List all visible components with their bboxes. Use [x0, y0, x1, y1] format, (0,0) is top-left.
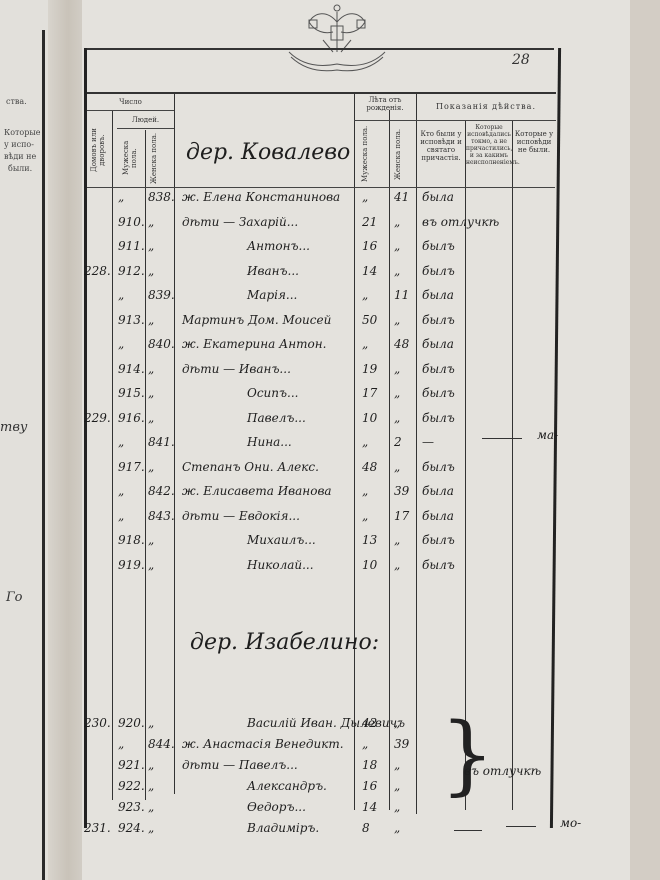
male-number: 910.: [118, 215, 145, 229]
header-col-ne-byli: Которые у исповѣди не были.: [514, 130, 554, 154]
male-number: 920.: [118, 716, 145, 730]
age-female: „: [394, 800, 400, 814]
male-number: 912.: [118, 264, 145, 278]
female-number: „: [148, 779, 154, 793]
frame-top-border: [84, 48, 554, 50]
male-number: 923.: [118, 800, 145, 814]
person-name: ж. Екатерина Антон.: [182, 337, 326, 351]
header-top-border: [84, 92, 556, 94]
frame-left-border: [84, 48, 87, 828]
female-number: 842.: [148, 484, 175, 498]
male-number: 917.: [118, 460, 145, 474]
age-male: 18: [362, 758, 377, 772]
left-column-line-4: были.: [8, 164, 32, 173]
female-number: „: [148, 362, 154, 376]
person-name: Степанъ Они. Алекс.: [182, 460, 319, 474]
female-number: „: [148, 313, 154, 327]
age-male: „: [362, 288, 368, 302]
age-female: „: [394, 821, 400, 835]
age-male: 10: [362, 558, 377, 572]
dvor-number: 229.: [84, 411, 111, 425]
person-name: ж. Анастасія Венедикт.: [182, 737, 344, 751]
age-female: „: [394, 239, 400, 253]
confession-status: былъ: [422, 558, 455, 572]
male-number: 919.: [118, 558, 145, 572]
age-female: „: [394, 460, 400, 474]
age-female: „: [394, 779, 400, 793]
female-number: 841.: [148, 435, 175, 449]
confession-status: была: [422, 337, 454, 351]
confession-status: была: [422, 190, 454, 204]
age-male: 14: [362, 264, 377, 278]
confession-status: былъ: [422, 239, 455, 253]
header-rule-leta: [354, 120, 416, 121]
age-male: „: [362, 484, 368, 498]
male-number: 922.: [118, 779, 145, 793]
age-female: „: [394, 264, 400, 278]
age-female: 48: [394, 337, 409, 351]
person-name: дѣти — Захарій...: [182, 215, 298, 229]
confession-status: —: [422, 435, 434, 449]
person-name: ж. Елена Констанинова: [182, 190, 340, 204]
confession-status: былъ: [422, 264, 455, 278]
left-header-fragment: ства.: [6, 97, 27, 106]
age-female: „: [394, 758, 400, 772]
age-female: „: [394, 313, 400, 327]
person-name: Владиміръ.: [247, 821, 319, 835]
left-column-line-2: у испо-: [4, 140, 34, 149]
person-name: Марія...: [247, 288, 297, 302]
header-lyudey: Людей.: [117, 116, 174, 124]
header-bottom-rule: [87, 187, 555, 188]
page-number: 28: [512, 52, 530, 68]
col-divider-muzh: [145, 130, 146, 800]
col-divider-pokaz: [416, 94, 417, 814]
header-lyudey-muzh: Мужеска пола.: [122, 132, 140, 184]
dash-mark: [454, 830, 482, 831]
female-number: 844.: [148, 737, 175, 751]
header-leta: Лѣта отъ рожденія.: [356, 96, 414, 112]
male-number: „: [118, 509, 124, 523]
age-female: „: [394, 558, 400, 572]
person-name: Иванъ...: [247, 264, 299, 278]
male-number: 911.: [118, 239, 145, 253]
age-female: 11: [394, 288, 409, 302]
header-col-byli: Кто были у исповѣди и святаго причастія.: [418, 130, 464, 162]
male-number: 921.: [118, 758, 145, 772]
dvor-number: 228.: [84, 264, 111, 278]
female-number: „: [148, 239, 154, 253]
age-male: „: [362, 509, 368, 523]
confession-status: была: [422, 509, 454, 523]
age-male: 17: [362, 386, 377, 400]
village-name-izabelino: дер. Изабелино:: [190, 630, 379, 655]
female-number: „: [148, 758, 154, 772]
dash-mark: [482, 438, 522, 439]
header-rule-pokaz: [416, 120, 556, 121]
confession-status: въ отлучкѣ: [422, 215, 499, 229]
double-headed-eagle-emblem-icon: [287, 2, 387, 74]
confession-status: былъ: [422, 533, 455, 547]
page-edge: [630, 0, 660, 880]
male-number: „: [118, 484, 124, 498]
col-divider-dvor: [112, 110, 113, 800]
age-female: 17: [394, 509, 409, 523]
left-margin-note-1: тву: [0, 420, 27, 435]
female-number: 838.: [148, 190, 175, 204]
header-col-tokmo: Которые исповѣдались токмо, а не причаст…: [466, 124, 512, 166]
male-number: 924.: [118, 821, 145, 835]
age-male: „: [362, 337, 368, 351]
margin-note-kovalevo: ма-: [537, 428, 558, 442]
confession-status: былъ: [422, 411, 455, 425]
header-lyudey-zhen: Женска пола.: [150, 132, 168, 184]
grouping-brace: }: [440, 712, 495, 798]
male-number: 916.: [118, 411, 145, 425]
female-number: „: [148, 264, 154, 278]
age-male: 19: [362, 362, 377, 376]
age-male: 13: [362, 533, 377, 547]
person-name: дѣти — Иванъ...: [182, 362, 291, 376]
age-male: 48: [362, 460, 377, 474]
confession-status: былъ: [422, 362, 455, 376]
age-female: 2: [394, 435, 402, 449]
age-male: 16: [362, 239, 377, 253]
age-male: 50: [362, 313, 377, 327]
male-number: 915.: [118, 386, 145, 400]
age-female: „: [394, 716, 400, 730]
person-name: Мартинъ Дом. Моисей: [182, 313, 331, 327]
person-name: Александръ.: [247, 779, 327, 793]
age-female: „: [394, 215, 400, 229]
group-status: въ отлучкѣ: [464, 764, 541, 778]
person-name: Осипъ...: [247, 386, 298, 400]
person-name: Николай...: [247, 558, 314, 572]
col-divider-ne-byli: [512, 120, 513, 810]
person-name: Нина...: [247, 435, 292, 449]
age-female: 41: [394, 190, 409, 204]
header-rule-lyudey: [117, 128, 174, 129]
person-name: Өедоръ...: [247, 800, 306, 814]
header-rule-chislo: [87, 110, 174, 111]
confession-status: былъ: [422, 460, 455, 474]
age-male: 16: [362, 779, 377, 793]
age-female: „: [394, 386, 400, 400]
female-number: „: [148, 533, 154, 547]
age-male: „: [362, 435, 368, 449]
age-female: 39: [394, 737, 409, 751]
female-number: „: [148, 215, 154, 229]
age-male: 8: [362, 821, 370, 835]
age-male: 10: [362, 411, 377, 425]
left-column-line-3: вѣди не: [4, 152, 36, 161]
female-number: „: [148, 821, 154, 835]
dash-mark: [506, 826, 536, 827]
female-number: „: [148, 800, 154, 814]
male-number: 918.: [118, 533, 145, 547]
female-number: „: [148, 386, 154, 400]
left-column-line-1: Которые: [4, 128, 40, 137]
header-leta-muzh: Мужеска пола.: [361, 124, 379, 184]
header-pokazaniya: Показанія дѣйства.: [418, 103, 554, 111]
age-female: „: [394, 411, 400, 425]
dvor-number: 230.: [84, 716, 111, 730]
male-number: 914.: [118, 362, 145, 376]
female-number: „: [148, 558, 154, 572]
male-number: 913.: [118, 313, 145, 327]
female-number: 840.: [148, 337, 175, 351]
male-number: „: [118, 737, 124, 751]
header-leta-zhen: Женска пола.: [394, 124, 412, 184]
age-female: „: [394, 533, 400, 547]
person-name: дѣти — Евдокія...: [182, 509, 300, 523]
confession-status: былъ: [422, 386, 455, 400]
left-margin-note-2: Го: [6, 590, 22, 605]
previous-page-fragment: ства. Которые у испо- вѣди не были. тву …: [0, 0, 48, 880]
female-number: „: [148, 411, 154, 425]
female-number: 843.: [148, 509, 175, 523]
confession-status: была: [422, 288, 454, 302]
male-number: „: [118, 337, 124, 351]
header-dvorov: Домовъ или дворовъ.: [90, 118, 110, 183]
male-number: „: [118, 288, 124, 302]
age-male: 14: [362, 800, 377, 814]
person-name: ж. Елисавета Иванова: [182, 484, 332, 498]
confession-status: была: [422, 484, 454, 498]
male-number: „: [118, 190, 124, 204]
village-name-kovalevo: дер. Ковалево: [186, 140, 350, 165]
age-male: 21: [362, 215, 377, 229]
register-page: 28 Число Домовъ или дворовъ. Людей. Муже…: [82, 0, 630, 880]
col-divider-leta: [354, 94, 355, 810]
female-number: 839.: [148, 288, 175, 302]
female-number: „: [148, 716, 154, 730]
person-name: Михаилъ...: [247, 533, 316, 547]
person-name: Павелъ...: [247, 411, 306, 425]
header-chislo: Число: [87, 98, 174, 106]
left-page-border: [42, 30, 45, 880]
person-name: Антонъ...: [247, 239, 310, 253]
dvor-number: 231.: [84, 821, 111, 835]
age-male: „: [362, 737, 368, 751]
male-number: „: [118, 435, 124, 449]
margin-note-izabelino: мо-: [560, 816, 581, 830]
person-name: дѣти — Павелъ...: [182, 758, 298, 772]
age-male: „: [362, 190, 368, 204]
person-name: Василій Иван. Дылевичъ: [247, 716, 405, 730]
age-female: „: [394, 362, 400, 376]
confession-status: былъ: [422, 313, 455, 327]
age-male: 42: [362, 716, 377, 730]
col-divider-leta-zhen: [389, 110, 390, 810]
female-number: „: [148, 460, 154, 474]
age-female: 39: [394, 484, 409, 498]
